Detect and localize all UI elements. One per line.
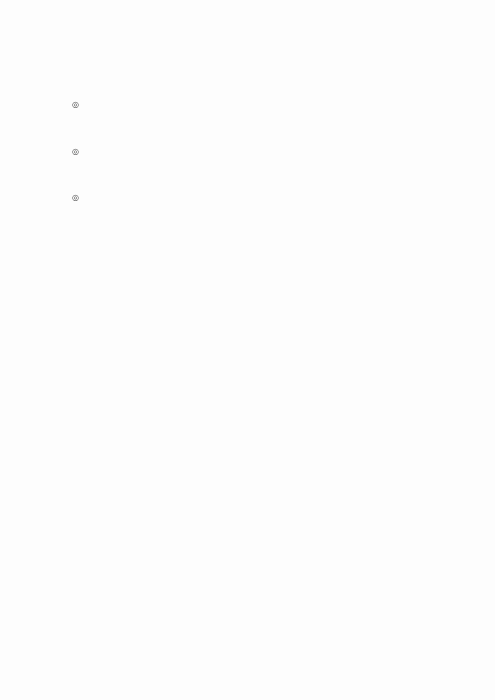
document-page: ◎ ◎ ◎ [0, 0, 495, 700]
circled-dot-icon: ◎ [72, 193, 79, 202]
circled-dot-icon: ◎ [72, 147, 79, 156]
circled-dot-icon: ◎ [72, 100, 79, 109]
